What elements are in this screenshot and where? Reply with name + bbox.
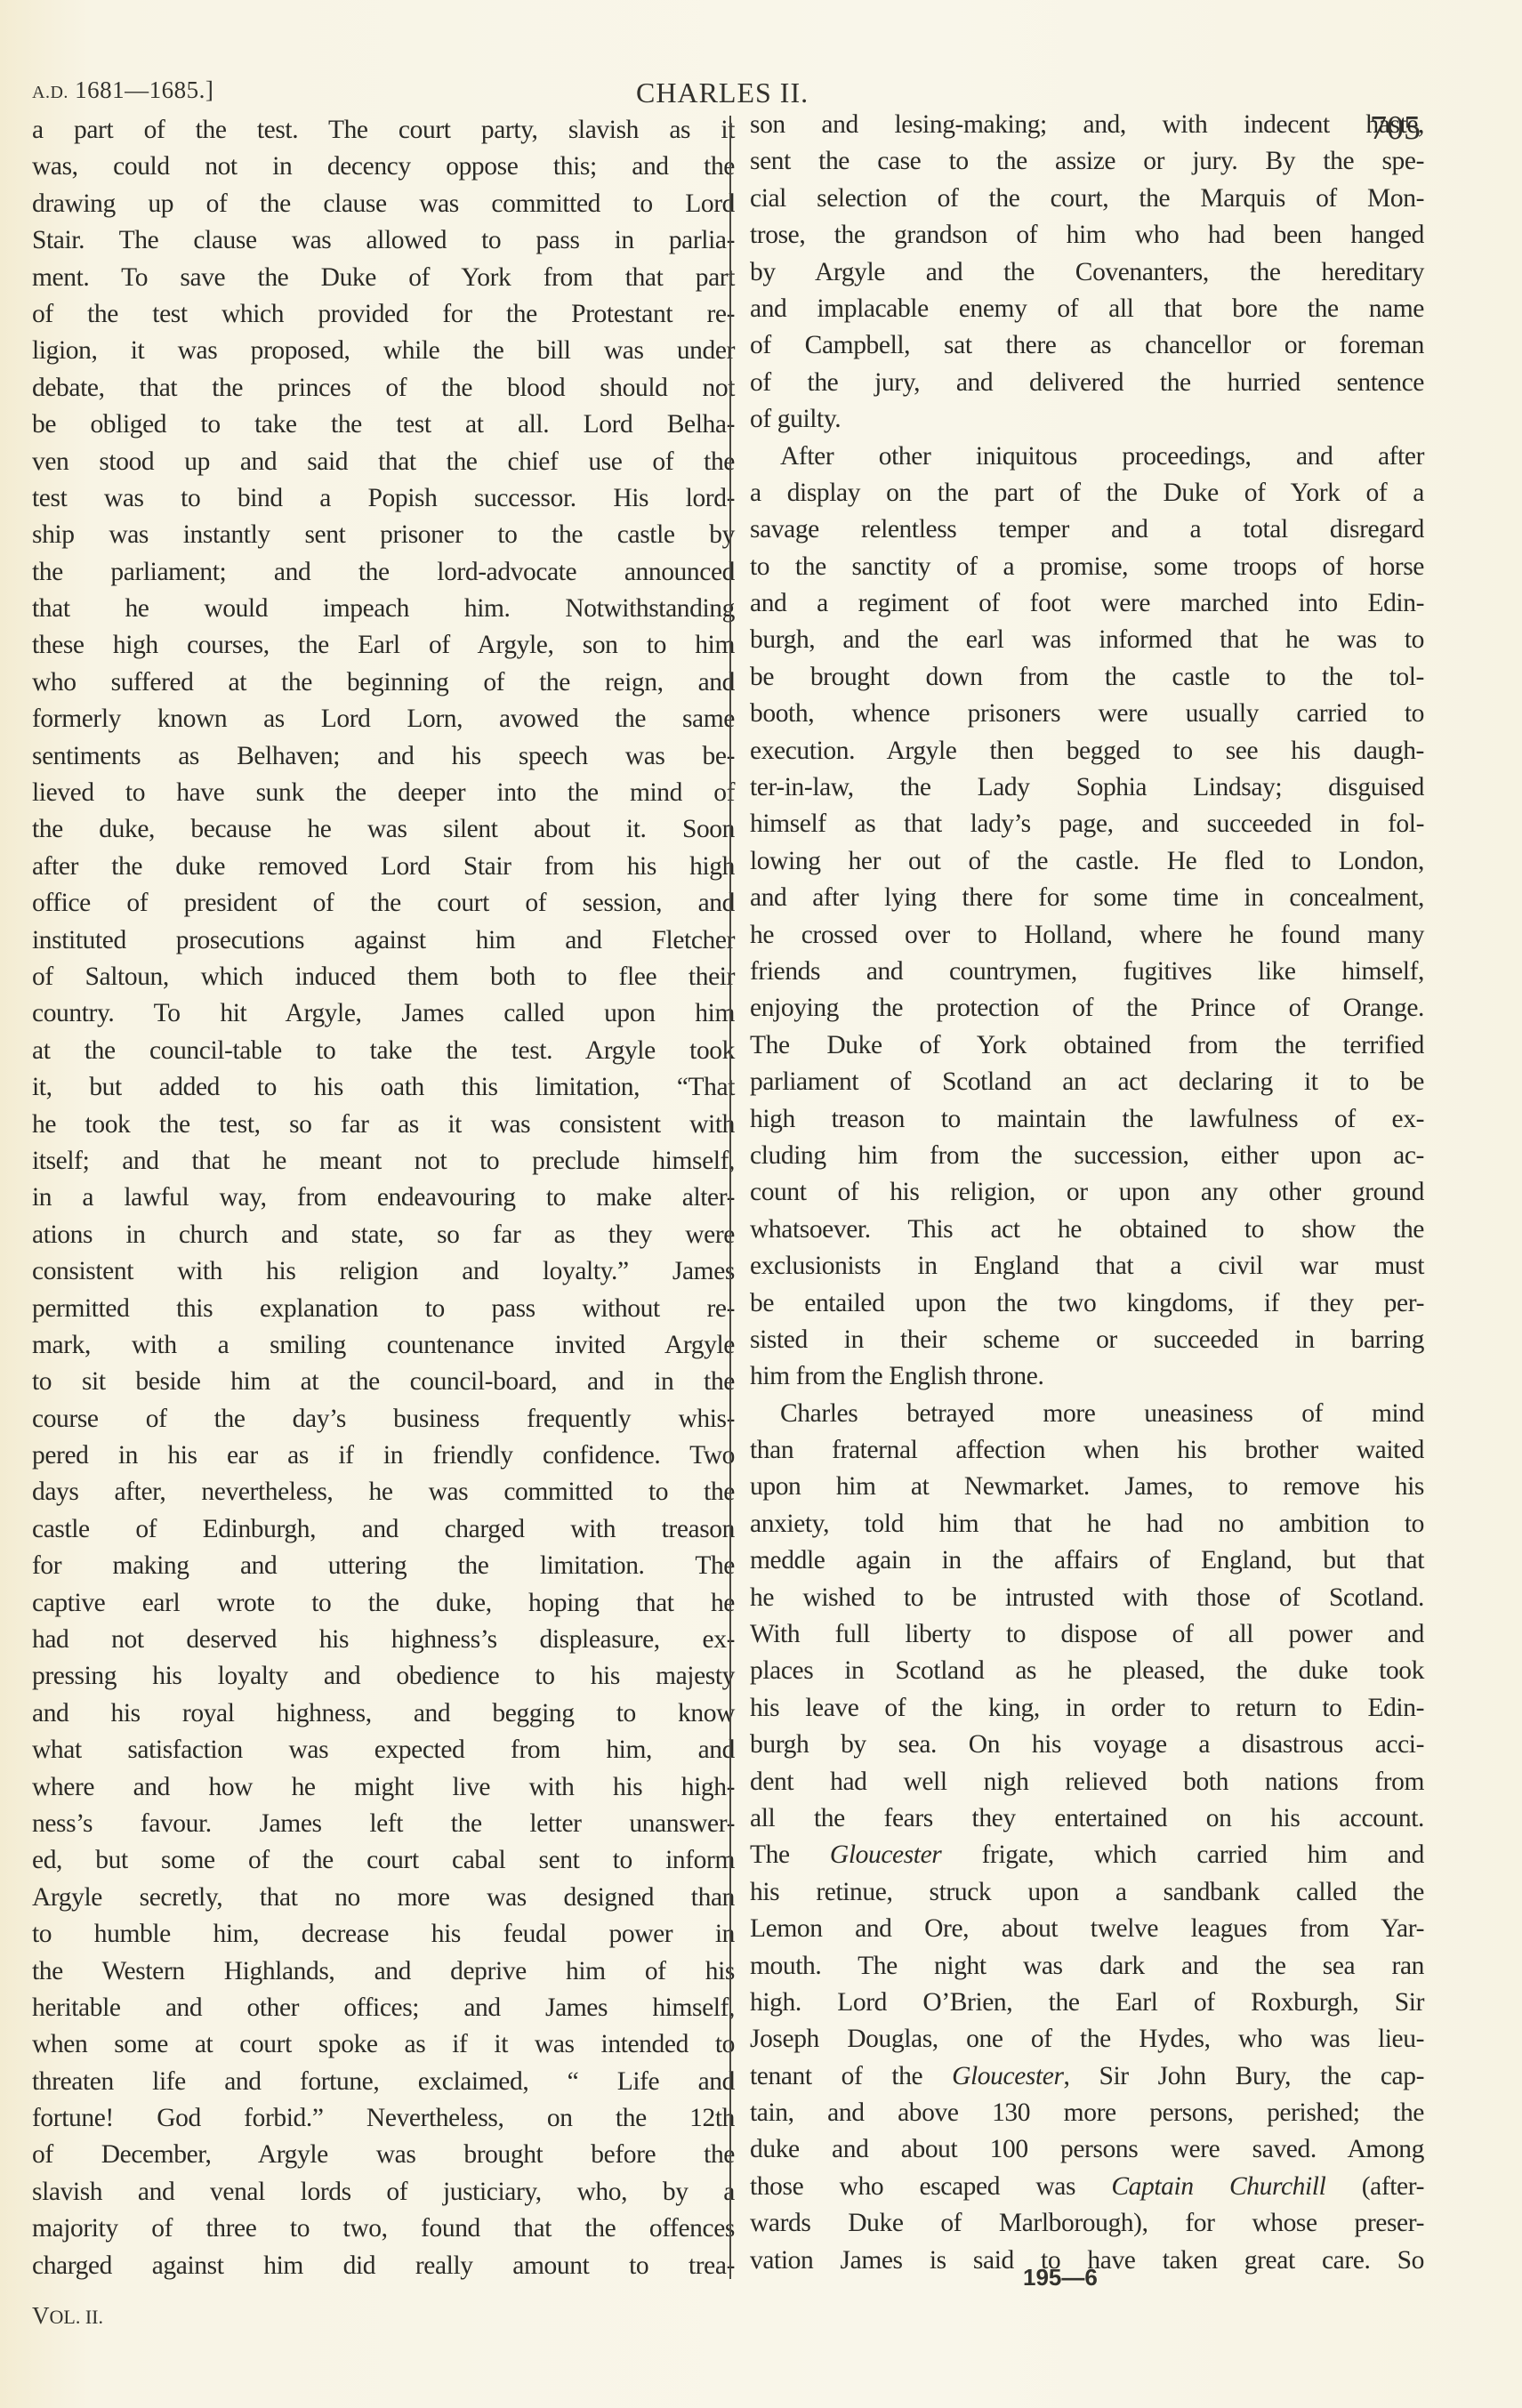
text-line: Stair. The clause was allowed to pass in… <box>32 222 735 259</box>
text-line: of Campbell, sat there as chancellor or … <box>750 327 1424 364</box>
text-line: majority of three to two, found that the… <box>32 2211 735 2247</box>
text-line: days after, nevertheless, he was committ… <box>32 1474 735 1510</box>
text-line: threaten life and fortune, exclaimed, “ … <box>32 2064 735 2100</box>
text-line: Joseph Douglas, one of the Hydes, who wa… <box>750 2021 1424 2058</box>
text-line: he wished to be intrusted with those of … <box>750 1580 1424 1616</box>
text-line: exclusionists in England that a civil wa… <box>750 1248 1424 1285</box>
text-line: permitted this explanation to pass witho… <box>32 1291 735 1327</box>
text-line: the parliament; and the lord-advocate an… <box>32 554 735 591</box>
text-line: test was to bind a Popish successor. His… <box>32 480 735 517</box>
text-line: formerly known as Lord Lorn, avowed the … <box>32 701 735 737</box>
left-column: a part of the test. The court party, sla… <box>32 112 735 2284</box>
text-line: booth, whence prisoners were usually car… <box>750 696 1424 732</box>
text-line: pressing his loyalty and obedience to hi… <box>32 1658 735 1695</box>
text-line: than fraternal affection when his brothe… <box>750 1432 1424 1469</box>
text-line: ment. To save the Duke of York from that… <box>32 260 735 296</box>
date-range: A.D. 1681—1685.] <box>32 77 213 104</box>
text-line: of Saltoun, which induced them both to f… <box>32 959 735 995</box>
text-line: be brought down from the castle to the t… <box>750 659 1424 696</box>
text-line: upon him at Newmarket. James, to remove … <box>750 1469 1424 1505</box>
text-line: ven stood up and said that the chief use… <box>32 444 735 480</box>
text-line: all the fears they entertained on his ac… <box>750 1800 1424 1837</box>
text-line: him from the English throne. <box>750 1358 1424 1395</box>
text-line: ness’s favour. James left the letter una… <box>32 1806 735 1842</box>
text-line: he took the test, so far as it was consi… <box>32 1107 735 1143</box>
date-range-text: 1681—1685.] <box>75 77 213 103</box>
text-line: ter-in-law, the Lady Sophia Lindsay; dis… <box>750 769 1424 806</box>
text-line: wards Duke of Marlborough), for whose pr… <box>750 2205 1424 2242</box>
text-line: sisted in their scheme or succeeded in b… <box>750 1322 1424 1358</box>
text-line: tain, and above 130 more persons, perish… <box>750 2095 1424 2131</box>
volume-label: VOL. II. <box>32 2302 103 2330</box>
text-line: to sit beside him at the council-board, … <box>32 1364 735 1400</box>
text-line: ed, but some of the court cabal sent to … <box>32 1842 735 1879</box>
text-line: dent had well nigh relieved both nations… <box>750 1764 1424 1800</box>
text-line: burgh by sea. On his voyage a disastrous… <box>750 1727 1424 1763</box>
text-line: Charles betrayed more uneasiness of mind <box>750 1396 1424 1432</box>
text-line: his retinue, struck upon a sandbank call… <box>750 1874 1424 1911</box>
text-line: tenant of the Gloucester, Sir John Bury,… <box>750 2058 1424 2095</box>
text-line: duke and about 100 persons were saved. A… <box>750 2131 1424 2168</box>
text-line: cial selection of the court, the Marquis… <box>750 181 1424 217</box>
text-line: of guilty. <box>750 401 1424 438</box>
text-line: was, could not in decency oppose this; a… <box>32 149 735 185</box>
text-line: slavish and venal lords of justiciary, w… <box>32 2174 735 2211</box>
text-line: and his royal highness, and begging to k… <box>32 1695 735 1732</box>
text-line: that he would impeach him. Notwithstandi… <box>32 591 735 627</box>
text-line: where and how he might live with his hig… <box>32 1769 735 1806</box>
text-line: the duke, because he was silent about it… <box>32 811 735 848</box>
text-line: a display on the part of the Duke of Yor… <box>750 475 1424 511</box>
text-line: The Duke of York obtained from the terri… <box>750 1027 1424 1064</box>
text-line: had not deserved his highness’s displeas… <box>32 1622 735 1658</box>
text-line: when some at court spoke as if it was in… <box>32 2026 735 2063</box>
text-line: ligion, it was proposed, while the bill … <box>32 333 735 369</box>
text-line: of December, Argyle was brought before t… <box>32 2137 735 2173</box>
text-line: execution. Argyle then begged to see his… <box>750 733 1424 769</box>
text-line: The Gloucester frigate, which carried hi… <box>750 1837 1424 1873</box>
text-line: count of his religion, or upon any other… <box>750 1174 1424 1211</box>
text-line: Argyle secretly, that no more was design… <box>32 1880 735 1916</box>
text-line: enjoying the protection of the Prince of… <box>750 990 1424 1027</box>
text-line: course of the day’s business frequently … <box>32 1401 735 1438</box>
italic-name: Gloucester <box>952 2062 1063 2090</box>
text-line: he crossed over to Holland, where he fou… <box>750 917 1424 954</box>
text-line: and a regiment of foot were marched into… <box>750 585 1424 622</box>
text-line: country. To hit Argyle, James called upo… <box>32 995 735 1032</box>
text-line: trose, the grandson of him who had been … <box>750 217 1424 254</box>
text-line: whatsoever. This act he obtained to show… <box>750 1212 1424 1248</box>
text-line: instituted prosecutions against him and … <box>32 922 735 959</box>
text-line: lieved to have sunk the deeper into the … <box>32 775 735 811</box>
text-line: drawing up of the clause was committed t… <box>32 186 735 222</box>
text-line: a part of the test. The court party, sla… <box>32 112 735 149</box>
text-line: the Western Highlands, and deprive him o… <box>32 1953 735 1990</box>
volume-rest: OL. II. <box>50 2306 103 2328</box>
text-line: After other iniquitous proceedings, and … <box>750 439 1424 475</box>
text-line: fortune! God forbid.” Nevertheless, on t… <box>32 2100 735 2137</box>
text-line: captive earl wrote to the duke, hoping t… <box>32 1585 735 1622</box>
text-line: to the sanctity of a promise, some troop… <box>750 549 1424 585</box>
text-line: be entailed upon the two kingdoms, if th… <box>750 1285 1424 1322</box>
text-line: With full liberty to dispose of all powe… <box>750 1616 1424 1653</box>
text-line: burgh, and the earl was informed that he… <box>750 622 1424 658</box>
volume-prefix: V <box>32 2302 50 2329</box>
text-line: meddle again in the affairs of England, … <box>750 1542 1424 1579</box>
text-line: high. Lord O’Brien, the Earl of Roxburgh… <box>750 1985 1424 2021</box>
text-line: who suffered at the beginning of the rei… <box>32 664 735 701</box>
text-line: those who escaped was Captain Churchill … <box>750 2169 1424 2205</box>
text-line: heritable and other offices; and James h… <box>32 1990 735 2026</box>
text-line: his leave of the king, in order to retur… <box>750 1690 1424 1727</box>
text-line: these high courses, the Earl of Argyle, … <box>32 627 735 664</box>
text-line: cluding him from the succession, either … <box>750 1138 1424 1174</box>
text-line: castle of Edinburgh, and charged with tr… <box>32 1511 735 1548</box>
text-line: ations in church and state, so far as th… <box>32 1217 735 1253</box>
text-line: consistent with his religion and loyalty… <box>32 1253 735 1290</box>
text-line: anxiety, told him that he had no ambitio… <box>750 1506 1424 1542</box>
column-divider <box>729 116 731 2279</box>
text-line: in a lawful way, from endeavouring to ma… <box>32 1180 735 1216</box>
book-page: A.D. 1681—1685.] CHARLES II. 705 a part … <box>0 0 1522 2408</box>
date-prefix: A.D. <box>32 83 68 102</box>
italic-name: Gloucester <box>830 1840 941 1869</box>
right-column: son and lesing-making; and, with indecen… <box>750 107 1424 2279</box>
text-line: it, but added to his oath this limitatio… <box>32 1069 735 1106</box>
text-line: debate, that the princes of the blood sh… <box>32 370 735 407</box>
text-line: office of president of the court of sess… <box>32 885 735 922</box>
chapter-title: CHARLES II. <box>636 77 809 109</box>
signature-mark: 195—6 <box>1023 2264 1098 2291</box>
text-line: and implacable enemy of all that bore th… <box>750 291 1424 327</box>
text-line: son and lesing-making; and, with indecen… <box>750 107 1424 143</box>
text-line: be obliged to take the test at all. Lord… <box>32 407 735 443</box>
text-line: pered in his ear as if in friendly confi… <box>32 1438 735 1474</box>
text-line: at the council-table to take the test. A… <box>32 1033 735 1069</box>
text-line: after the duke removed Lord Stair from h… <box>32 849 735 885</box>
italic-name: Captain Churchill <box>1111 2172 1325 2201</box>
text-line: high treason to maintain the lawfulness … <box>750 1101 1424 1138</box>
text-line: of the test which provided for the Prote… <box>32 296 735 333</box>
text-line: mark, with a smiling countenance invited… <box>32 1327 735 1364</box>
text-line: lowing her out of the castle. He fled to… <box>750 843 1424 880</box>
text-line: what satisfaction was expected from him,… <box>32 1732 735 1768</box>
text-line: savage relentless temper and a total dis… <box>750 511 1424 548</box>
text-line: Lemon and Ore, about twelve leagues from… <box>750 1911 1424 1947</box>
text-line: to humble him, decrease his feudal power… <box>32 1916 735 1953</box>
text-line: charged against him did really amount to… <box>32 2248 735 2284</box>
text-line: ship was instantly sent prisoner to the … <box>32 517 735 553</box>
text-line: sent the case to the assize or jury. By … <box>750 143 1424 180</box>
text-line: by Argyle and the Covenanters, the hered… <box>750 254 1424 291</box>
text-line: mouth. The night was dark and the sea ra… <box>750 1948 1424 1985</box>
text-line: of the jury, and delivered the hurried s… <box>750 365 1424 401</box>
text-line: places in Scotland as he pleased, the du… <box>750 1653 1424 1689</box>
text-line: and after lying there for some time in c… <box>750 880 1424 916</box>
text-line: friends and countrymen, fugitives like h… <box>750 954 1424 990</box>
text-line: itself; and that he meant not to preclud… <box>32 1143 735 1180</box>
text-line: for making and uttering the limitation. … <box>32 1548 735 1584</box>
text-line: sentiments as Belhaven; and his speech w… <box>32 738 735 775</box>
text-line: himself as that lady’s page, and succeed… <box>750 806 1424 842</box>
text-line: parliament of Scotland an act declaring … <box>750 1064 1424 1100</box>
